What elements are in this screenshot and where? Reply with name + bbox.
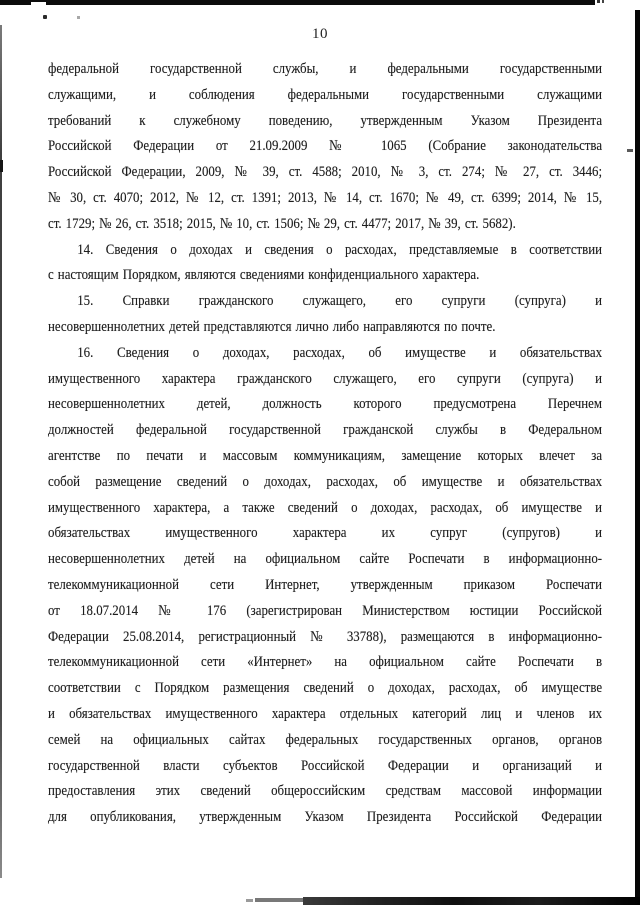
scan-top-dash bbox=[597, 0, 600, 3]
text-line: Российской Федерации, 2009, № 39, ст. 45… bbox=[48, 160, 602, 186]
scan-top-dash bbox=[602, 0, 604, 3]
text-line: № 30, ст. 4070; 2012, № 12, ст. 1391; 20… bbox=[48, 186, 602, 212]
scan-right-dash bbox=[627, 149, 633, 152]
scan-right-edge-bar bbox=[635, 10, 640, 905]
scan-bottom-edge-bar bbox=[303, 897, 640, 905]
text-line: телекоммуникационной сети «Интернет» на … bbox=[48, 650, 602, 676]
text-line: агентстве по печати и массовым коммуника… bbox=[48, 444, 602, 470]
text-line: для опубликования, утвержденным Указом П… bbox=[48, 805, 602, 831]
text-line: собой размещение сведений о доходах, рас… bbox=[48, 470, 602, 496]
text-line: 16. Сведения о доходах, расходах, об иму… bbox=[48, 341, 602, 367]
text-line: предоставления этих сведений общероссийс… bbox=[48, 779, 602, 805]
scan-top-edge-bar bbox=[0, 0, 595, 5]
text-line: 14. Сведения о доходах и сведения о расх… bbox=[48, 238, 602, 264]
scan-top-bar-notch bbox=[31, 2, 46, 5]
text-line: обязательствах имущественного характера … bbox=[48, 521, 602, 547]
text-line: несовершеннолетних детей представляются … bbox=[48, 315, 602, 341]
text-line: Российской Федерации от 21.09.2009 № 106… bbox=[48, 134, 602, 160]
scan-left-edge-line bbox=[0, 25, 2, 878]
text-line: имущественного характера, а также сведен… bbox=[48, 496, 602, 522]
page-number: 10 bbox=[0, 26, 640, 43]
scan-speck bbox=[77, 16, 80, 19]
scan-bottom-gray-strip bbox=[255, 898, 303, 902]
text-line: Федерации 25.08.2014, регистрационный № … bbox=[48, 625, 602, 651]
text-line: имущественного характера гражданского сл… bbox=[48, 367, 602, 393]
text-line: служащими, и соблюдения федеральными гос… bbox=[48, 83, 602, 109]
scan-bottom-dashes bbox=[246, 899, 253, 902]
text-line: 15. Справки гражданского служащего, его … bbox=[48, 289, 602, 315]
text-line: федеральной государственной службы, и фе… bbox=[48, 57, 602, 83]
text-line: государственной власти субъектов Российс… bbox=[48, 754, 602, 780]
text-line: требований к служебному поведению, утвер… bbox=[48, 109, 602, 135]
document-text: федеральной государственной службы, и фе… bbox=[48, 57, 602, 831]
text-line: несовершеннолетних детей, должность кото… bbox=[48, 392, 602, 418]
text-line: телекоммуникационной сети Интернет, утве… bbox=[48, 573, 602, 599]
text-line: с настоящим Порядком, являются сведениям… bbox=[48, 263, 602, 289]
text-line: семей на официальных сайтах федеральных … bbox=[48, 728, 602, 754]
text-line: должностей федеральной государственной г… bbox=[48, 418, 602, 444]
text-line: соответствии с Порядком размещения сведе… bbox=[48, 676, 602, 702]
text-line: ст. 1729; № 26, ст. 3518; 2015, № 10, ст… bbox=[48, 212, 602, 238]
scan-left-edge-tick bbox=[0, 160, 3, 172]
text-line: несовершеннолетних детей на официальном … bbox=[48, 547, 602, 573]
text-line: от 18.07.2014 № 176 (зарегистрирован Мин… bbox=[48, 599, 602, 625]
scanned-document-page: 10 федеральной государственной службы, и… bbox=[0, 0, 640, 905]
scan-speck bbox=[43, 15, 47, 19]
text-line: и обязательствах имущественного характер… bbox=[48, 702, 602, 728]
